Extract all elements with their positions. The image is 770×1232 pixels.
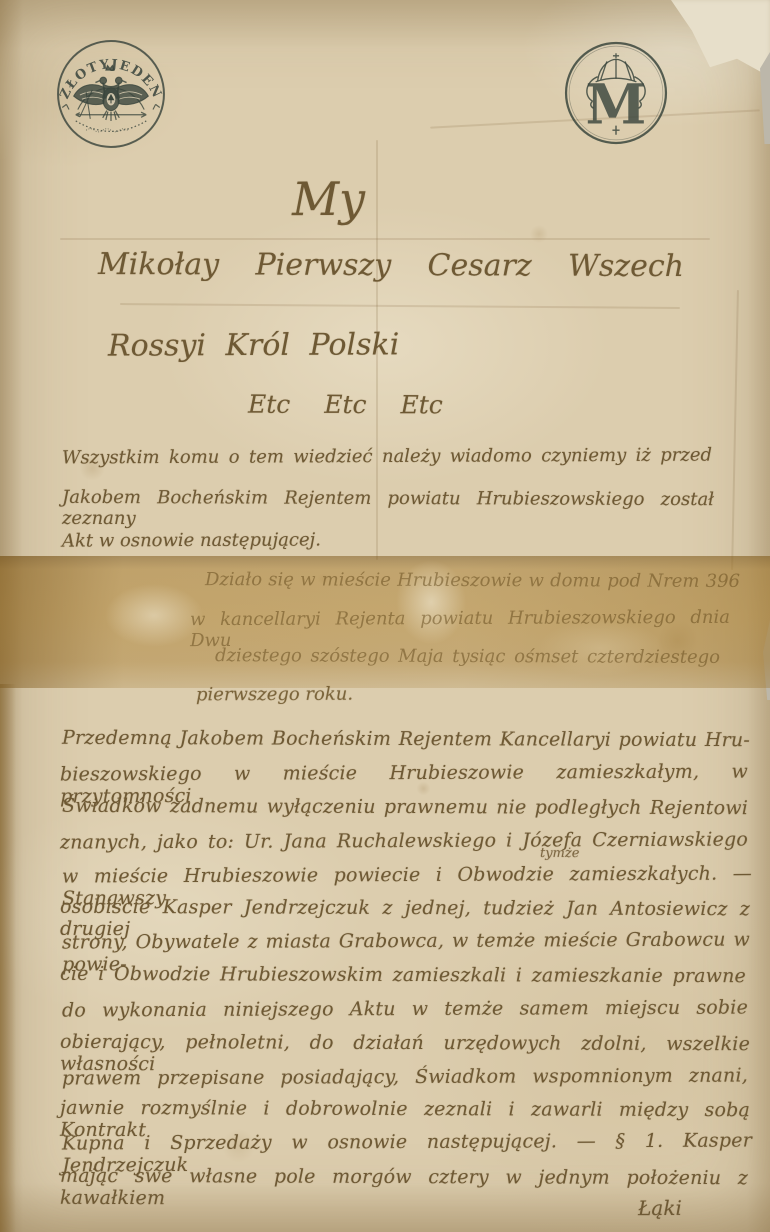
paper-crease: [731, 290, 739, 570]
preamble-line: Akt w osnowie następującej.: [62, 529, 321, 551]
preamble-line: Jakobem Bocheńskim Rejentem powiatu Hrub…: [62, 487, 714, 531]
eagle-stamp-icon: ZŁOTYJEDEN: [55, 38, 167, 150]
heading-etcetera: Etc Etc Etc: [248, 390, 443, 420]
preamble-line: Wszystkim komu o tem wiedzieć należy wia…: [62, 445, 712, 469]
heading-title-line2: Rossyi Król Polski: [108, 327, 399, 363]
body-line: do wykonania niniejszego Aktu w temże sa…: [62, 997, 748, 1022]
paper-crease: [120, 303, 680, 309]
revenue-stamp-seal: ZŁOTYJEDEN: [55, 38, 167, 150]
stained-closing: pierwszego roku.: [196, 684, 353, 706]
body-line: prawem przepisane posiadający, Świadkom …: [62, 1065, 748, 1090]
body-line: Przedemną Jakobem Bocheńskim Rejentem Ka…: [62, 727, 750, 751]
left-edge-stain: [0, 684, 16, 1232]
body-line: Świadków żadnemu wyłączeniu prawnemu nie…: [62, 795, 748, 819]
heading-invocation: My: [292, 172, 365, 226]
m-monogram: M: [586, 72, 647, 137]
interlinear-insertion: tymże: [540, 846, 580, 861]
stained-line: dziestego szóstego Maja tysiąc ośmset cz…: [215, 645, 720, 668]
manuscript-page: ZŁOTYJEDEN: [0, 0, 770, 1232]
monogram-seal: M: [563, 40, 669, 146]
body-line: znanych, jako to: Ur. Jana Ruchalewskieg…: [60, 828, 748, 853]
paper-crease: [60, 238, 710, 240]
crowned-m-seal-icon: M: [563, 40, 669, 146]
heading-title-line1: Mikołay Pierwszy Cesarz Wszech: [98, 247, 684, 284]
stained-line: Działo się w mieście Hrubieszowie w domu…: [205, 569, 740, 592]
catchword: Łąki: [638, 1196, 682, 1220]
body-line: cie i Obwodzie Hrubieszowskim zamieszkal…: [60, 963, 746, 987]
